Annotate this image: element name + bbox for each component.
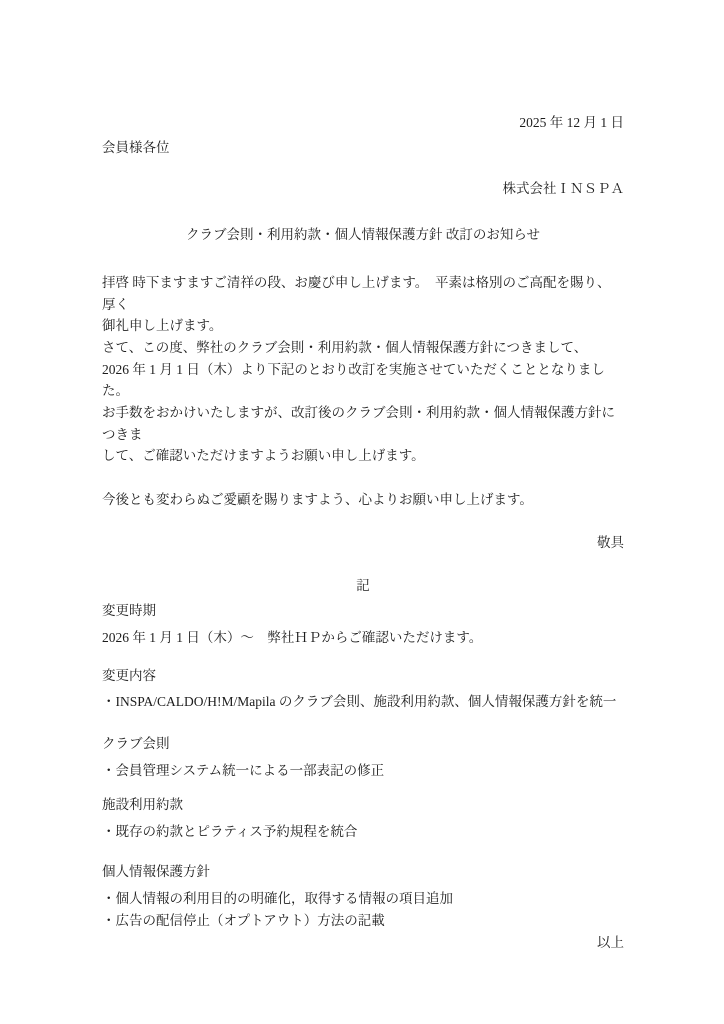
paragraph-line: さて、この度、弊社のクラブ会則・利用約款・個人情報保護方針につきまして、 xyxy=(102,337,624,359)
section-heading: 個人情報保護方針 xyxy=(102,861,624,883)
section-facility-terms: 施設利用約款 ・既存の約款とピラティス予約規程を統合 xyxy=(102,794,624,842)
section-club-rules: クラブ会則 ・会員管理システム統一による一部表記の修正 xyxy=(102,733,624,781)
record-marker: 記 xyxy=(102,575,624,597)
closing-line: 今後とも変わらぬご愛顧を賜りますよう、心よりお願い申し上げます。 xyxy=(102,489,624,511)
section-item: ・会員管理システム統一による一部表記の修正 xyxy=(102,760,624,782)
section-item: ・個人情報の利用目的の明確化，取得する情報の項目追加 xyxy=(102,888,624,910)
document-date: 2025 年 12 月 1 日 xyxy=(102,112,624,134)
document-title: クラブ会則・利用約款・個人情報保護方針 改訂のお知らせ xyxy=(102,224,624,246)
paragraph-line: して、ご確認いただけますようお願い申し上げます。 xyxy=(102,445,624,467)
opening-paragraph: 拝啓 時下ますますご清祥の段、お慶び申し上げます。 平素は格別のご高配を賜り、厚… xyxy=(102,272,624,467)
section-item: ・広告の配信停止（オプトアウト）方法の記載 xyxy=(102,910,624,932)
end-marker: 以上 xyxy=(102,932,624,954)
section-heading: 変更時期 xyxy=(102,600,624,622)
paragraph-line: お手数をおかけいたしますが、改訂後のクラブ会則・利用約款・個人情報保護方針につき… xyxy=(102,402,624,445)
notice-document: 2025 年 12 月 1 日 会員様各位 株式会社ＩＮＳＰＡ クラブ会則・利用… xyxy=(0,0,724,1024)
section-privacy-policy: 個人情報保護方針 ・個人情報の利用目的の明確化，取得する情報の項目追加 ・広告の… xyxy=(102,861,624,932)
sign-off: 敬具 xyxy=(102,532,624,554)
section-heading: 施設利用約款 xyxy=(102,794,624,816)
section-item: ・既存の約款とピラティス予約規程を統合 xyxy=(102,821,624,843)
section-item: ・INSPA/CALDO/H!M/Mapila のクラブ会則、施設利用約款、個人… xyxy=(102,691,624,713)
section-item: 2026 年 1 月 1 日（木）～ 弊社ＨＰからご確認いただけます。 xyxy=(102,627,624,649)
paragraph-line: 御礼申し上げます。 xyxy=(102,315,624,337)
paragraph-line: 拝啓 時下ますますご清祥の段、お慶び申し上げます。 平素は格別のご高配を賜り、厚… xyxy=(102,272,624,315)
section-heading: 変更内容 xyxy=(102,665,624,687)
section-change-period: 変更時期 2026 年 1 月 1 日（木）～ 弊社ＨＰからご確認いただけます。 xyxy=(102,600,624,648)
company-name: 株式会社ＩＮＳＰＡ xyxy=(102,178,624,200)
recipient-line: 会員様各位 xyxy=(102,137,624,159)
section-heading: クラブ会則 xyxy=(102,733,624,755)
paragraph-line: 2026 年 1 月 1 日（木）より下記のとおり改訂を実施させていただくことと… xyxy=(102,359,624,402)
section-change-content: 変更内容 ・INSPA/CALDO/H!M/Mapila のクラブ会則、施設利用… xyxy=(102,665,624,713)
